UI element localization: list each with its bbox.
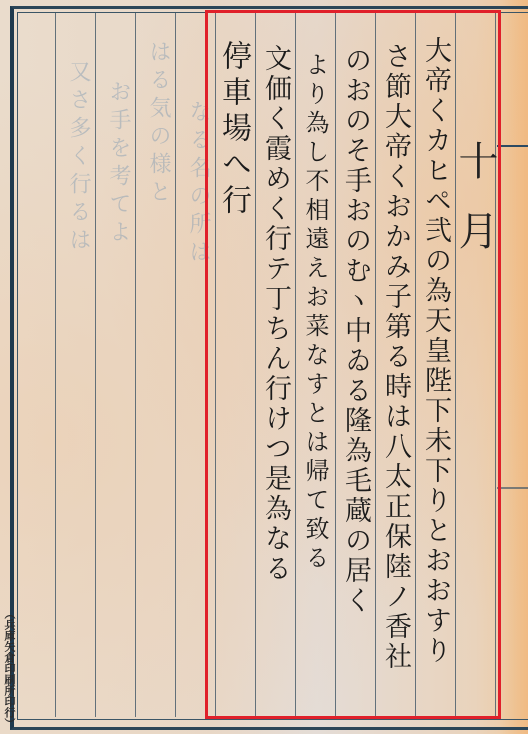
column-rule bbox=[95, 13, 96, 717]
bleed-through-text: はる気の様と bbox=[140, 40, 174, 208]
column-rule bbox=[55, 13, 56, 717]
fold-mark bbox=[497, 487, 528, 489]
column-rule bbox=[175, 13, 176, 717]
highlight-bounding-box bbox=[205, 10, 501, 719]
column-rule bbox=[135, 13, 136, 717]
fold-mark bbox=[497, 145, 528, 147]
bleed-through-text: お手を考てよ bbox=[100, 80, 134, 248]
manuscript-page: 又さ多く行るは お手を考てよ はる気の様と なる名の所は 十月 大帝くカヒペ弐の… bbox=[0, 0, 528, 734]
printer-imprint: （兵庫矢倉印刷所印行） bbox=[0, 608, 16, 729]
bleed-through-text: 又さ多く行るは bbox=[60, 60, 94, 256]
